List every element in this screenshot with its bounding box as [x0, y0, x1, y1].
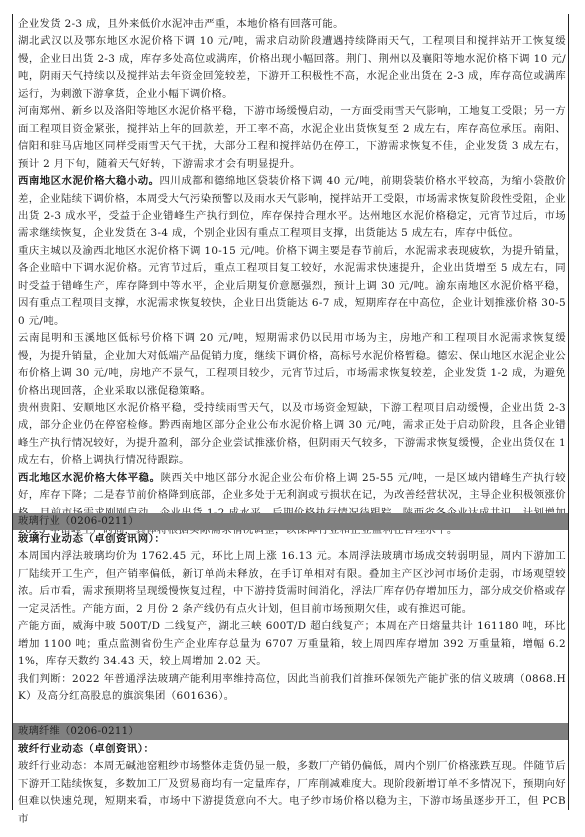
cement-paragraph-guizhou: 贵州贵阳、安顺地区水泥价格平稳，受持续雨雪天气，以及市场资金短缺，下游工程项目启… — [18, 400, 566, 470]
paragraph-lead: 西南地区水泥价格大稳小动。 — [18, 175, 160, 187]
paragraph-lead: 西北地区水泥价格大体平稳。 — [18, 472, 161, 484]
glass-paragraph: 产能方面，威海中玻 500T/D 二线复产，湖北三峡 600T/D 超白线复产；… — [18, 618, 566, 670]
paragraph-text: 湖北武汉以及鄂东地区水泥价格下调 10 元/吨，需求启动阶段遭遇持续降雨天气，工… — [18, 35, 566, 99]
section-header-glass: 玻璃行业（0206-0211） — [13, 513, 568, 530]
cement-paragraph-henan: 河南郑州、新乡以及洛阳等地区水泥价格平稳，下游市场缓慢启动，一方面受雨雪天气影响… — [18, 103, 566, 173]
glass-section: 玻璃行业动态（卓创资讯网）： 本周国内浮法玻璃均价为 1762.45 元，环比上… — [18, 531, 566, 706]
cement-section: 企业发货 2-3 成，且外来低价水泥冲击严重，本地价格有回落可能。 湖北武汉以及… — [18, 16, 566, 540]
section-header-fiberglass: 玻璃纤维（0206-0211） — [13, 723, 568, 740]
glass-subheading: 玻璃行业动态（卓创资讯网）： — [18, 531, 566, 548]
paragraph-text: 企业发货 2-3 成，且外来低价水泥冲击严重，本地价格有回落可能。 — [18, 18, 344, 30]
cement-paragraph-southwest: 西南地区水泥价格大稳小动。四川成都和德绵地区袋装价格下调 40 元/吨，前期袋装… — [18, 173, 566, 243]
cement-paragraph-chongqing: 重庆主城以及渝西北地区水泥价格下调 10-15 元/吨。价格下调主要是春节前后，… — [18, 243, 566, 330]
glass-paragraph: 本周国内浮法玻璃均价为 1762.45 元，环比上周上涨 16.13 元。本周浮… — [18, 548, 566, 618]
paragraph-text: 贵州贵阳、安顺地区水泥价格平稳，受持续雨雪天气，以及市场资金短缺，下游工程项目启… — [18, 402, 566, 466]
paragraph-text: 重庆主城以及渝西北地区水泥价格下调 10-15 元/吨。价格下调主要是春节前后，… — [18, 245, 566, 327]
fiberglass-subheading: 玻纤行业动态（卓创资讯）： — [18, 741, 566, 758]
fiberglass-section: 玻纤行业动态（卓创资讯）： 玻纤行业动态：本周无碱池窑粗纱市场整体走货仍显一般，… — [18, 741, 566, 828]
cement-paragraph-hubei: 湖北武汉以及鄂东地区水泥价格下调 10 元/吨，需求启动阶段遭遇持续降雨天气，工… — [18, 33, 566, 103]
document-frame: 企业发货 2-3 成，且外来低价水泥冲击严重，本地价格有回落可能。 湖北武汉以及… — [12, 14, 569, 810]
cement-paragraph-hubei-prev: 企业发货 2-3 成，且外来低价水泥冲击严重，本地价格有回落可能。 — [18, 16, 566, 33]
paragraph-text: 河南郑州、新乡以及洛阳等地区水泥价格平稳，下游市场缓慢启动，一方面受雨雪天气影响… — [18, 105, 566, 169]
cement-paragraph-yunnan: 云南昆明和玉溪地区低标号价格下调 20 元/吨，短期需求仍以民用市场为主，房地产… — [18, 330, 566, 400]
fiberglass-paragraph: 玻纤行业动态：本周无碱池窑粗纱市场整体走货仍显一般，多数厂产销仍偏低，周内个别厂… — [18, 758, 566, 828]
paragraph-text: 云南昆明和玉溪地区低标号价格下调 20 元/吨，短期需求仍以民用市场为主，房地产… — [18, 332, 566, 396]
glass-paragraph: 我们判断：2022 年普通浮法玻璃产能利用率维持高位，因此当前我们首推环保领先产… — [18, 671, 566, 706]
